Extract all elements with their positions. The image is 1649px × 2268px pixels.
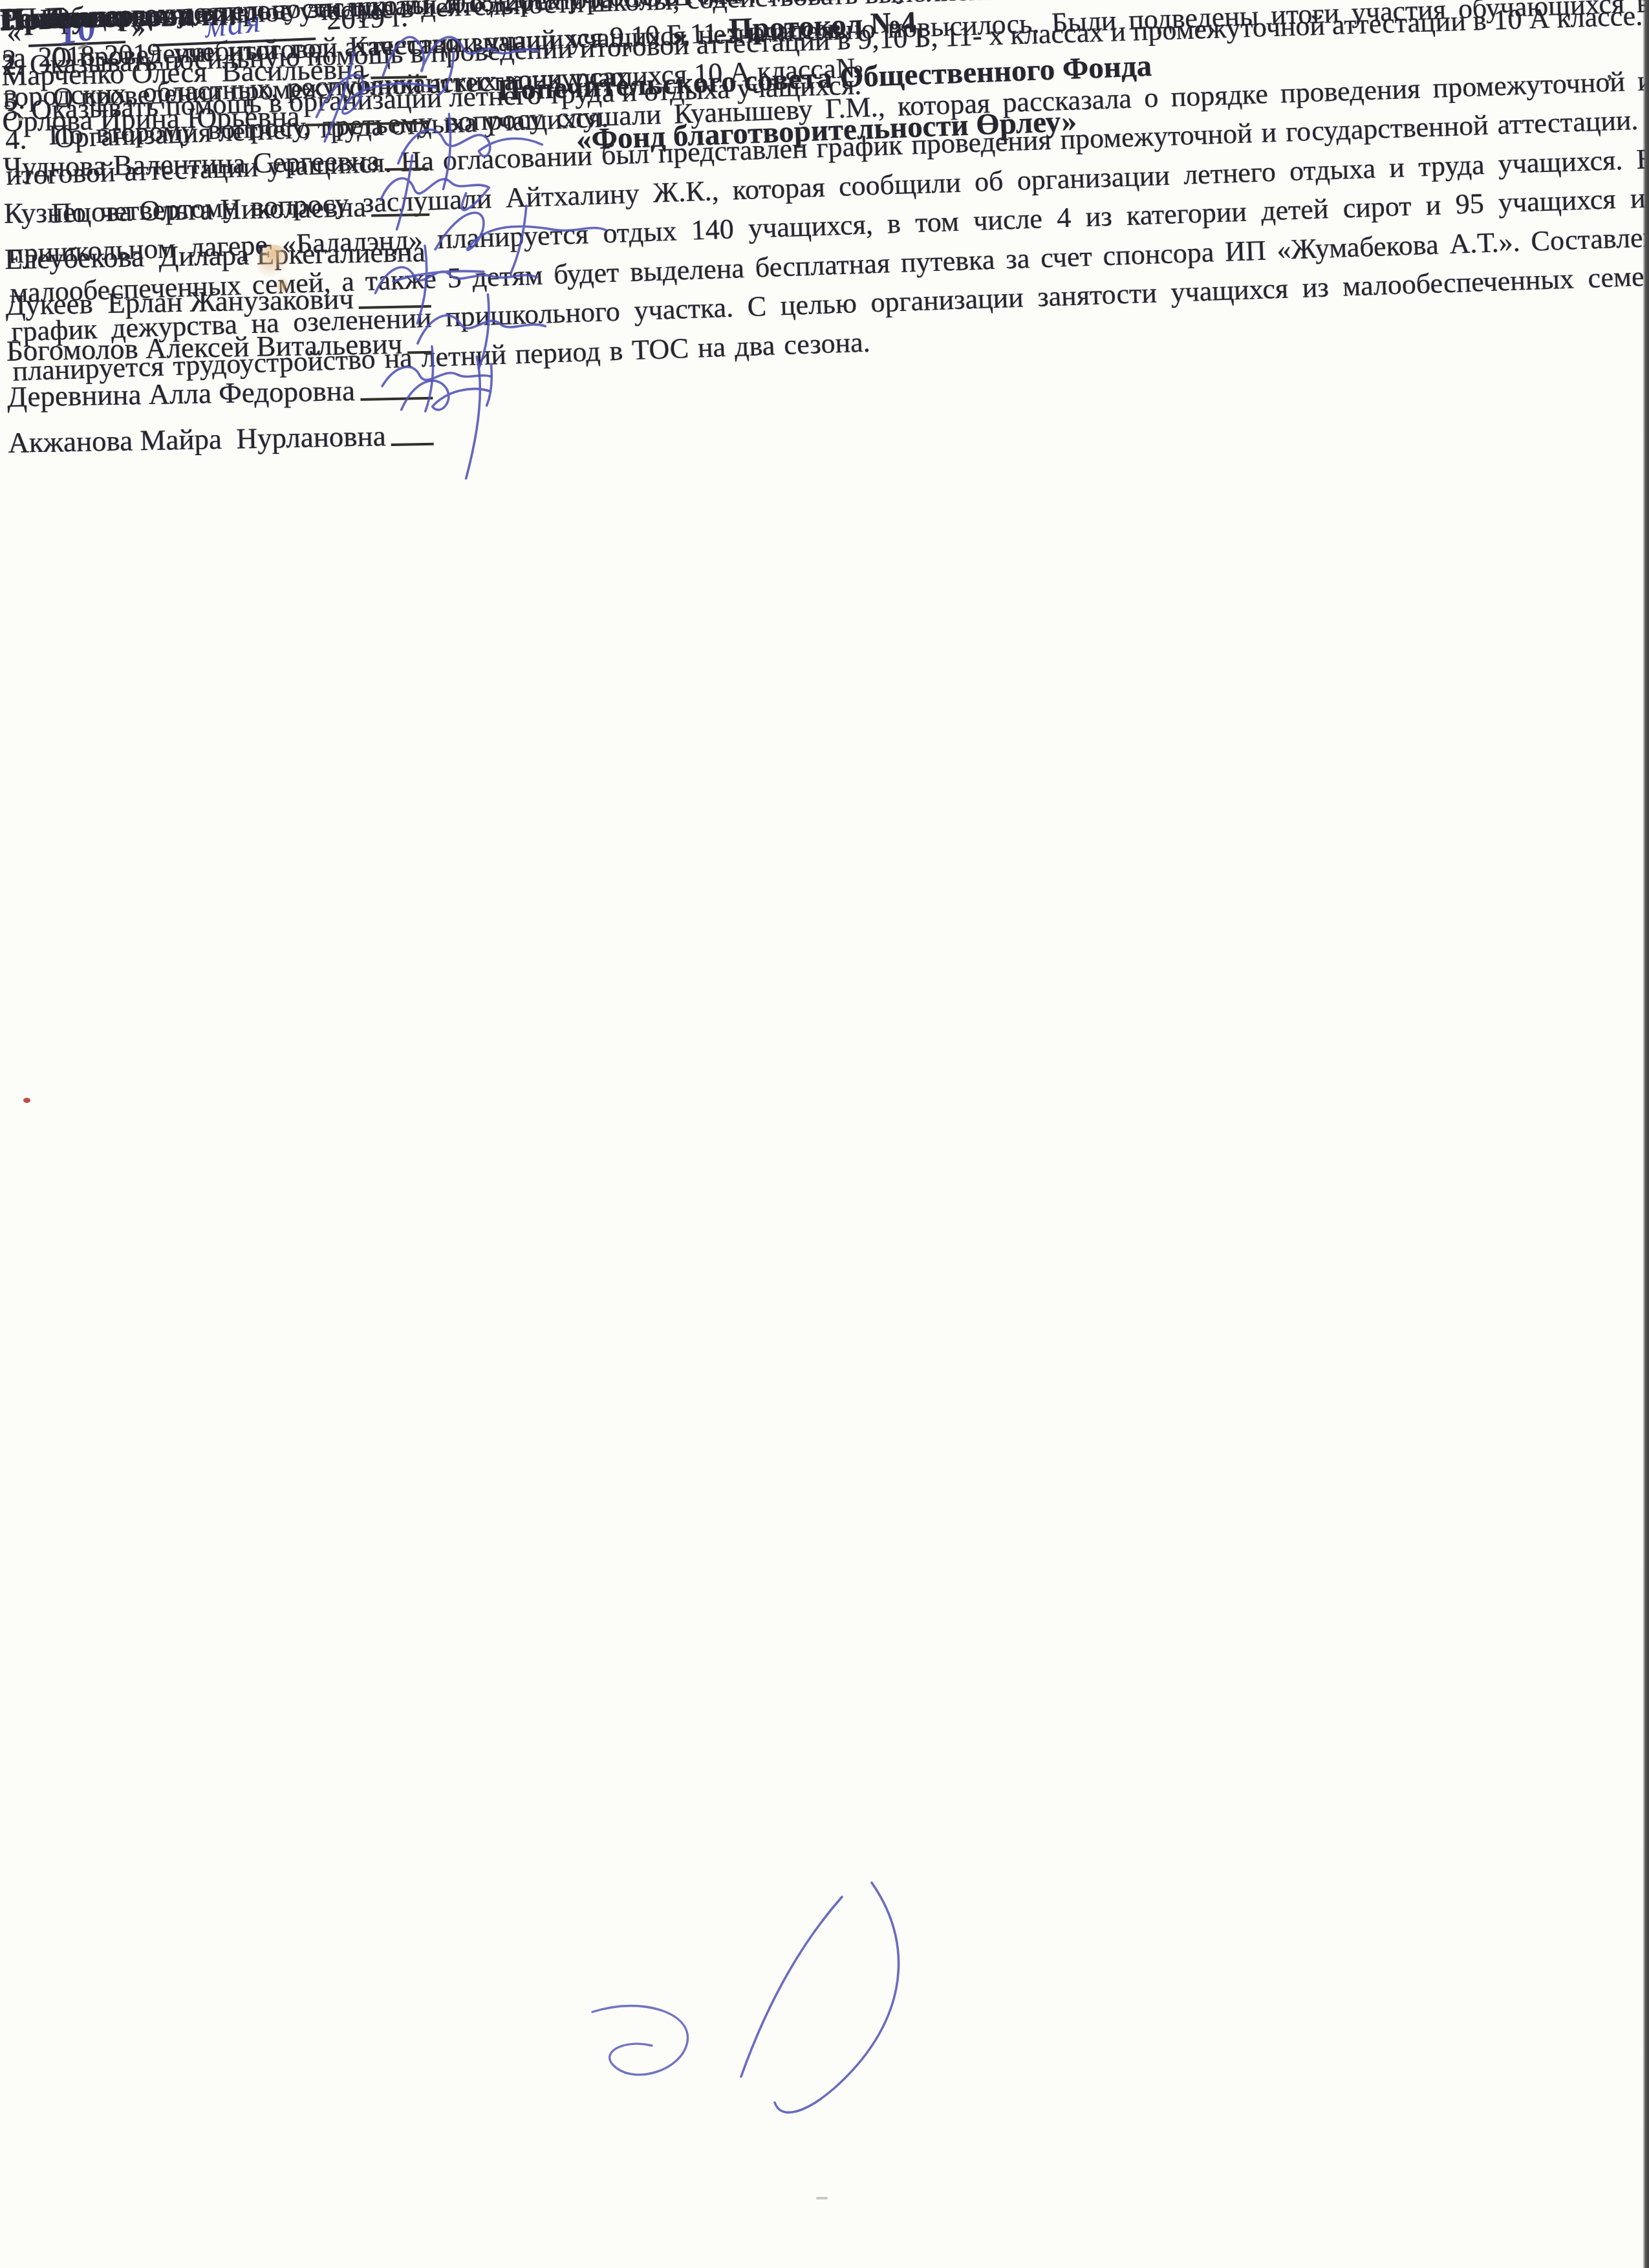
signature-line bbox=[358, 259, 431, 309]
signature-line bbox=[360, 351, 433, 401]
signature-line bbox=[304, 76, 428, 126]
attendees-section: Присутствовали: Марченко Олеся Васильевн… bbox=[0, 0, 434, 460]
attendee-name: Чуднова Валентина Сергеевна bbox=[3, 144, 385, 184]
attendee-name: Орлова Ирина Юрьевна bbox=[2, 99, 305, 138]
signature-flourish-small bbox=[554, 1986, 748, 2128]
attendees-heading: Присутствовали: bbox=[0, 0, 426, 39]
attendee-name: Акжанова Майра Нурлановна bbox=[8, 419, 391, 460]
signature-line bbox=[371, 167, 429, 217]
attendee-row: Дукеев Ерлан Жанузакович bbox=[5, 268, 432, 322]
attendee-name: Кузнецова Ольга Николаевна bbox=[4, 190, 372, 230]
attendee-name: Дукеев Ерлан Жанузакович bbox=[5, 282, 359, 322]
paper-stain bbox=[275, 277, 290, 295]
signature-line bbox=[370, 30, 427, 80]
scan-edge-shadow bbox=[1643, 0, 1649, 2268]
scan-speck-red bbox=[23, 1098, 30, 1103]
signature-line bbox=[407, 305, 433, 354]
attendee-row: Орлова Ирина Юрьевна bbox=[2, 85, 429, 138]
signature-line bbox=[384, 122, 429, 171]
scanned-protocol-page: { "page": { "title_lines": [ "Протокол №… bbox=[0, 0, 1649, 2268]
scan-speck bbox=[18, 118, 23, 121]
attendee-row: Чуднова Валентина Сергеевна bbox=[3, 131, 429, 184]
signature-line bbox=[391, 397, 435, 446]
scan-speck bbox=[816, 2197, 828, 2199]
attendee-row: Деревнина Алла Федоровна bbox=[6, 360, 433, 414]
attendee-row: Акжанова Майра Нурлановна bbox=[8, 406, 435, 460]
signature-flourish-large bbox=[679, 1875, 925, 2134]
attendee-row: Кузнецова Ольга Николаевна bbox=[3, 177, 430, 230]
attendee-name: Деревнина Алла Федоровна bbox=[7, 374, 361, 414]
